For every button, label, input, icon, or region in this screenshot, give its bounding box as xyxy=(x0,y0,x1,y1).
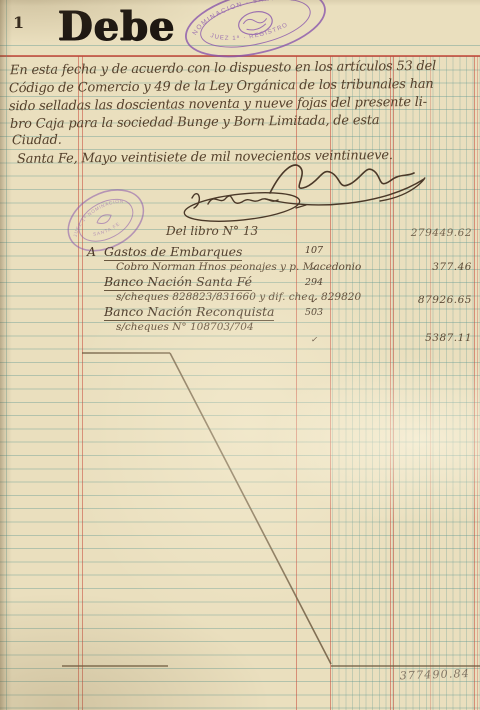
closing-rule xyxy=(0,0,480,710)
ledger-page: 1 Debe NOMINACION · SANTA FE JUEZ 1ª · R… xyxy=(0,0,480,710)
